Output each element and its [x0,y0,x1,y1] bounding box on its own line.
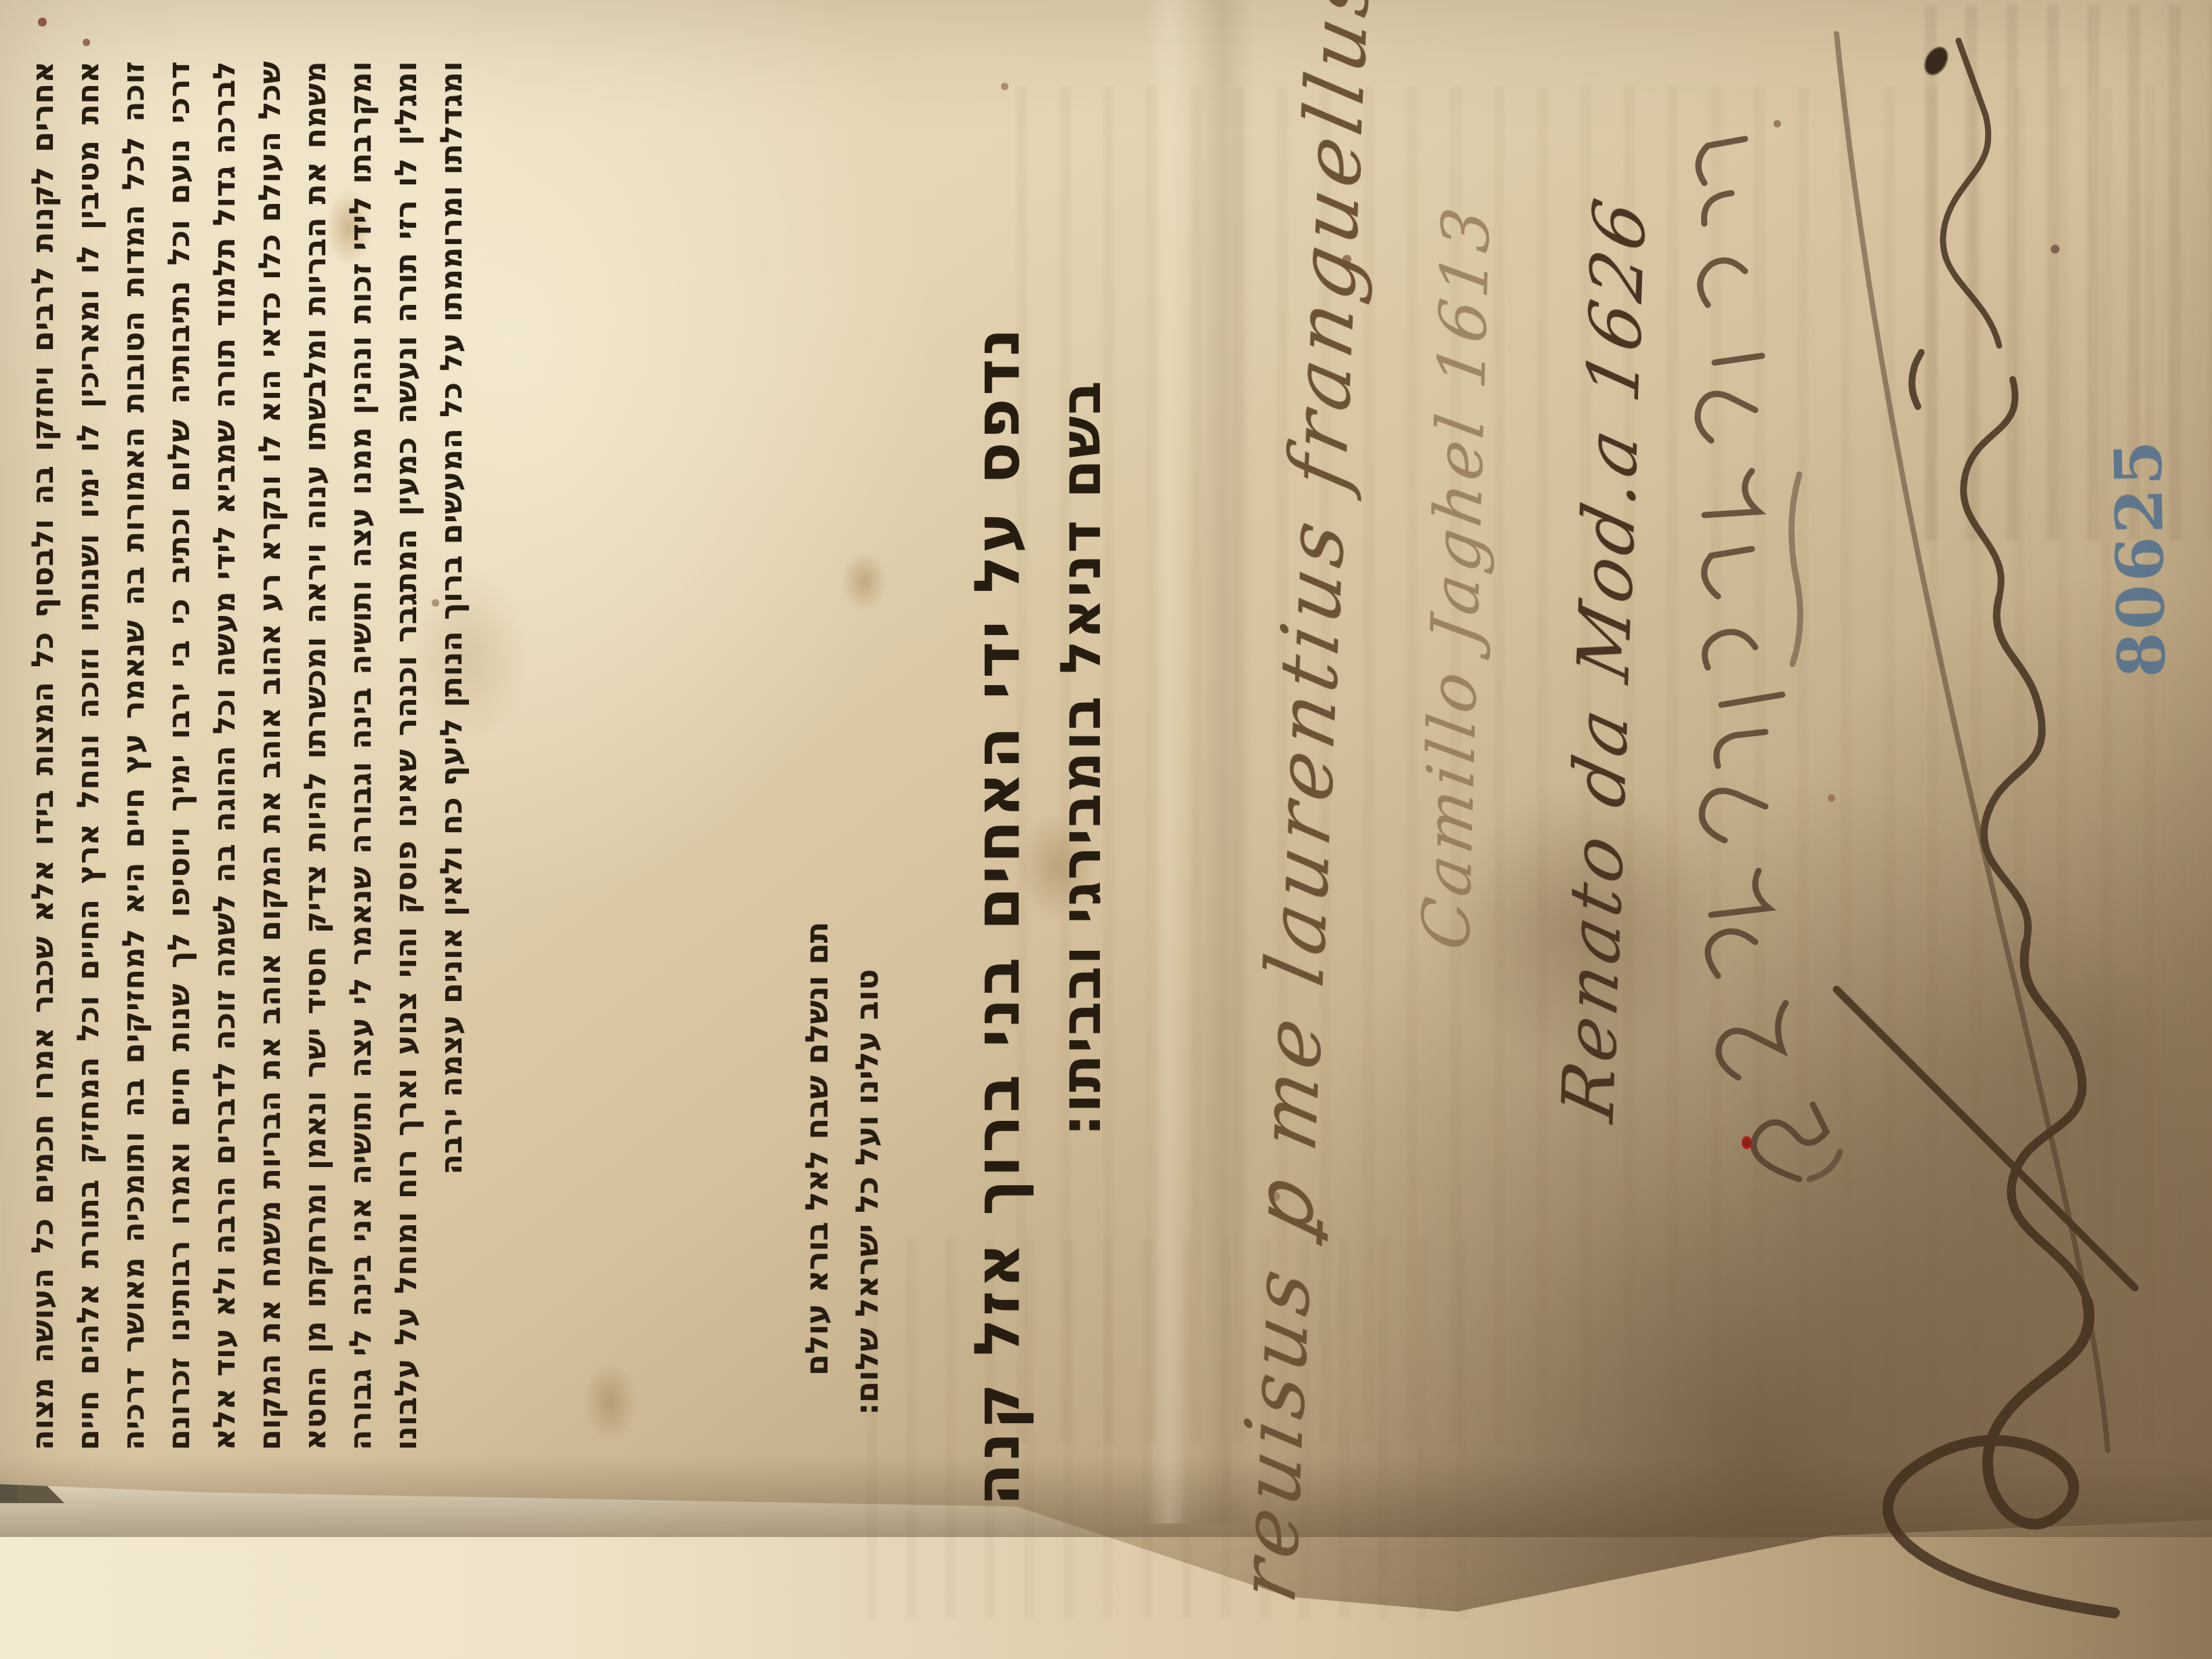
page-fold-highlight [1145,0,1193,1523]
printed-colophon-tail-line: תם ונשלם שבח לאל בורא עולם [798,922,835,1423]
imprint-title-line-1: נדפס על ידי האחים בני ברוך אזל קנה [961,325,1033,1328]
rotated-page-canvas: אחרים לקנות לרבים ויחזקו בה ולבסוף כל המ… [0,0,2212,1659]
accession-stamp: 80625 [2100,474,2180,678]
foxing-specks [0,1656,3,1659]
flourish-signature [1796,27,2148,1654]
printed-commentary-block: אחרים לקנות לרבים ויחזקו בה ולבסוף כל המ… [20,61,783,1450]
red-ink-mark [1742,1136,1752,1149]
imprint-title-line-2: בשם דניאל בומבירגי ובביתו: [1049,380,1113,1047]
photograph-of-book-page: אחרים לקנות לרבים ויחזקו בה ולבסוף כל המ… [0,0,2212,1659]
printed-colophon-tail-line: טוב עלינו ועל כל ישראל שלום: [848,969,885,1416]
